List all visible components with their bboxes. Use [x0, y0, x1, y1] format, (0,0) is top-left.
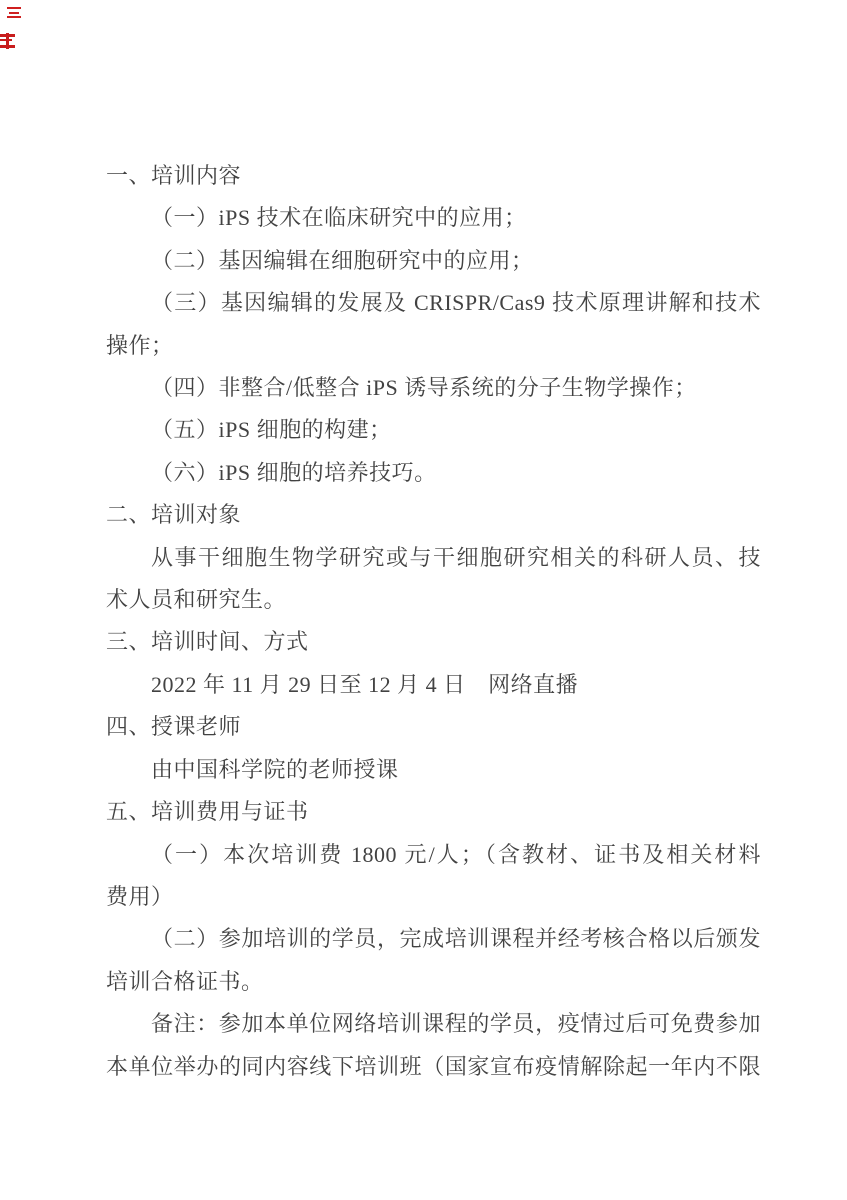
doc-line: 二、培训对象 [106, 494, 761, 536]
doc-line: 一、培训内容 [106, 155, 761, 197]
red-scan-artifact-bottom [0, 33, 15, 49]
doc-line: 备注：参加本单位网络培训课程的学员，疫情过后可免费参加 [106, 1003, 761, 1045]
doc-line: 术人员和研究生。 [106, 579, 761, 621]
doc-line: 2022 年 11 月 29 日至 12 月 4 日 网络直播 [106, 664, 761, 706]
doc-line: （六）iPS 细胞的培养技巧。 [106, 452, 761, 494]
document-body: 一、培训内容（一）iPS 技术在临床研究中的应用；（二）基因编辑在细胞研究中的应… [106, 155, 761, 1088]
doc-line: 五、培训费用与证书 [106, 791, 761, 833]
doc-line: （二）基因编辑在细胞研究中的应用； [106, 240, 761, 282]
doc-line: 操作； [106, 325, 761, 367]
doc-line: （二）参加培训的学员，完成培训课程并经考核合格以后颁发 [106, 918, 761, 960]
doc-line: 三、培训时间、方式 [106, 621, 761, 663]
doc-line: 由中国科学院的老师授课 [106, 749, 761, 791]
doc-line: 费用） [106, 876, 761, 918]
doc-line: （三）基因编辑的发展及 CRISPR/Cas9 技术原理讲解和技术 [106, 282, 761, 324]
doc-line: 培训合格证书。 [106, 961, 761, 1003]
doc-line: （五）iPS 细胞的构建； [106, 409, 761, 451]
doc-line: （一）iPS 技术在临床研究中的应用； [106, 197, 761, 239]
doc-line: （四）非整合/低整合 iPS 诱导系统的分子生物学操作； [106, 367, 761, 409]
doc-line: （一）本次培训费 1800 元/人；（含教材、证书及相关材料 [106, 834, 761, 876]
doc-line: 四、授课老师 [106, 706, 761, 748]
doc-line: 从事干细胞生物学研究或与干细胞研究相关的科研人员、技 [106, 537, 761, 579]
red-scan-artifact-top [7, 7, 21, 18]
doc-line: 本单位举办的同内容线下培训班（国家宣布疫情解除起一年内不限 [106, 1046, 761, 1088]
document-page: 一、培训内容（一）iPS 技术在临床研究中的应用；（二）基因编辑在细胞研究中的应… [0, 0, 847, 1200]
